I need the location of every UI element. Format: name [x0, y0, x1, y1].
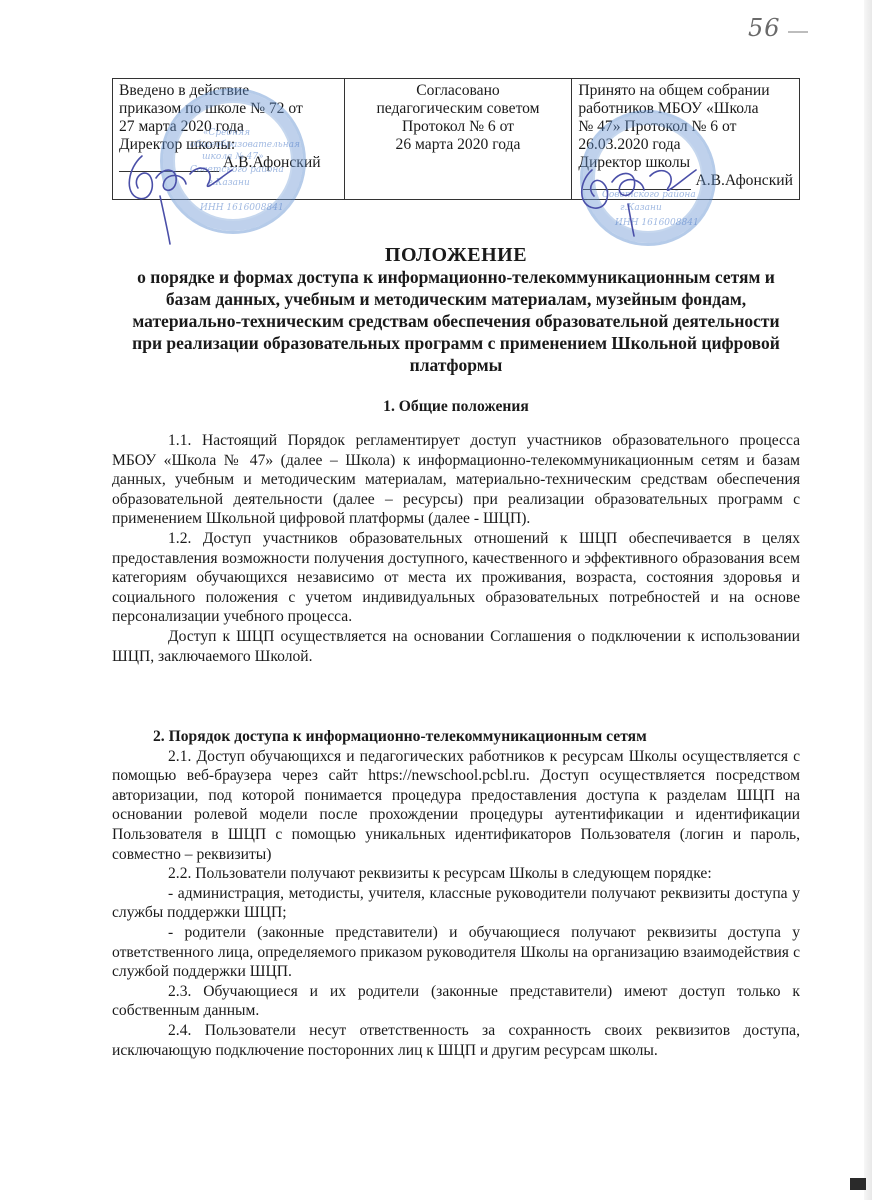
agreed-cell: Согласовано педагогическим советом Прото…: [344, 79, 572, 200]
paragraph-2-4: 2.4. Пользователи несут ответственность …: [112, 1021, 800, 1060]
signature-line: А.В.Афонский: [119, 154, 338, 172]
list-item-staff-access: - администрация, методисты, учителя, кла…: [112, 884, 800, 923]
signatory-name: А.В.Афонский: [695, 172, 793, 190]
adopted-line: Принято на общем собрании: [578, 82, 793, 100]
agreed-line: Согласовано: [351, 82, 566, 100]
document-subtitle: о порядке и формах доступа к информацион…: [112, 266, 800, 376]
signature-blank: [119, 157, 219, 172]
stamp-inn: ИНН 1616008841: [615, 218, 699, 228]
section-1-body: 1.1. Настоящий Порядок регламентирует до…: [112, 431, 800, 666]
signatory-name: А.В.Афонский: [223, 154, 321, 172]
signature-line: А.В.Афонский: [578, 172, 793, 190]
signature-blank: [583, 175, 691, 190]
enacted-cell: Введено в действие приказом по школе № 7…: [113, 79, 345, 200]
approvals-table: Введено в действие приказом по школе № 7…: [112, 78, 800, 200]
agreed-line: Протокол № 6 от: [351, 118, 566, 136]
paragraph-2-1: 2.1. Доступ обучающихся и педагогических…: [112, 747, 800, 865]
list-item-parents-access: - родители (законные представители) и об…: [112, 923, 800, 982]
adopted-line: 26.03.2020 года: [578, 136, 793, 154]
section-heading-1: 1. Общие положения: [112, 398, 800, 416]
enacted-line: Введено в действие: [119, 82, 338, 100]
paragraph-2-3: 2.3. Обучающиеся и их родители (законные…: [112, 982, 800, 1021]
adopted-line: работников МБОУ «Школа: [578, 100, 793, 118]
scan-edge: [864, 0, 872, 1200]
paragraph-1-1: 1.1. Настоящий Порядок регламентирует до…: [112, 431, 800, 529]
paragraph-1-3: Доступ к ШЦП осуществляется на основании…: [112, 627, 800, 666]
agreed-line: 26 марта 2020 года: [351, 136, 566, 154]
handwritten-page-number: 56: [748, 14, 781, 42]
agreed-line: педагогическим советом: [351, 100, 566, 118]
enacted-line: Директор школы:: [119, 136, 338, 154]
adopted-cell: Принято на общем собрании работников МБО…: [572, 79, 800, 200]
scanner-corner-mark: [850, 1178, 866, 1190]
paragraph-2-2: 2.2. Пользователи получают реквизиты к р…: [112, 864, 800, 884]
stamp-inn: ИНН 1616008841: [200, 203, 284, 213]
section-heading-2: 2. Порядок доступа к информационно-телек…: [112, 727, 800, 747]
scanned-document-page: 56 Введено в действие приказом по школе …: [0, 0, 872, 1200]
document-title-block: ПОЛОЖЕНИЕ о порядке и формах доступа к и…: [112, 244, 800, 376]
enacted-line: приказом по школе № 72 от: [119, 100, 338, 118]
page-number-dash: [788, 31, 808, 33]
section-2-body: 2. Порядок доступа к информационно-телек…: [112, 727, 800, 1060]
adopted-line: Директор школы: [578, 154, 793, 172]
enacted-line: 27 марта 2020 года: [119, 118, 338, 136]
stamp-text: г.Казани: [620, 203, 662, 213]
document-title: ПОЛОЖЕНИЕ: [112, 244, 800, 266]
paragraph-1-2: 1.2. Доступ участников образовательных о…: [112, 529, 800, 627]
adopted-line: № 47» Протокол № 6 от: [578, 118, 793, 136]
